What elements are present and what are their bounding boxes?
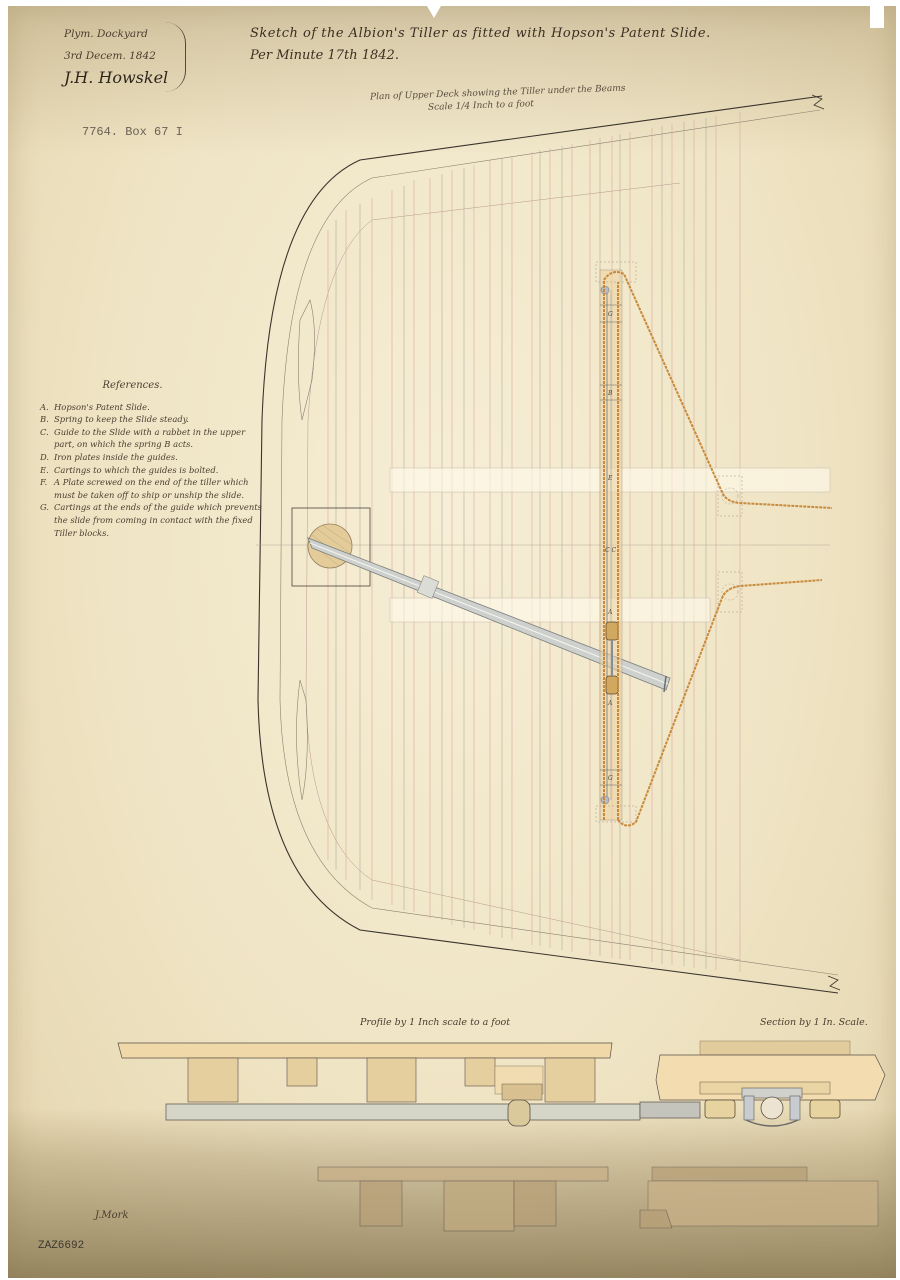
document-subtitle: Per Minute 17th 1842. <box>250 48 399 63</box>
archive-reference: 7764. Box 67 I <box>82 125 183 139</box>
deck-plank-greylines <box>336 118 706 969</box>
profile-caption: Profile by 1 Inch scale to a foot <box>360 1017 510 1028</box>
section-caption: Section by 1 In. Scale. <box>760 1017 868 1028</box>
references-heading: References. <box>40 380 265 393</box>
tiller-rope <box>604 272 832 826</box>
plan-drawing: G B E C C A A G <box>0 0 900 1280</box>
reference-item: D.Iron plates inside the guides. <box>40 451 265 464</box>
reference-item: F.A Plate screwed on the end of the till… <box>40 476 265 501</box>
reference-item: B.Spring to keep the Slide steady. <box>40 413 265 426</box>
svg-text:E: E <box>607 475 613 482</box>
lower-profile <box>318 1167 878 1231</box>
document-title: Sketch of the Albion's Tiller as fitted … <box>250 26 711 41</box>
rope-sheave-boxes <box>718 476 742 612</box>
profile-view <box>118 1043 700 1126</box>
svg-text:G: G <box>608 775 613 782</box>
reference-item: C.Guide to the Slide with a rabbet in th… <box>40 426 265 451</box>
references-legend: References. A.Hopson's Patent Slide. B.S… <box>40 380 265 539</box>
bottom-signature: J.Mork <box>95 1210 129 1221</box>
reference-item: G.Cartings at the ends of the guide whic… <box>40 501 265 539</box>
dockyard-location: Plym. Dockyard <box>64 28 148 40</box>
deck-planks <box>328 112 740 972</box>
reference-item: A.Hopson's Patent Slide. <box>40 401 265 414</box>
date: 3rd Decem. 1842 <box>64 50 156 62</box>
svg-text:A: A <box>607 700 613 707</box>
svg-text:A: A <box>607 609 613 616</box>
reference-item: E.Cartings to which the guides is bolted… <box>40 464 265 477</box>
catalogue-number: ZAZ6692 <box>38 1240 84 1252</box>
svg-text:B: B <box>607 390 613 397</box>
svg-text:C C: C C <box>605 547 616 554</box>
signature: J.H. Howskel <box>64 68 168 87</box>
svg-text:G: G <box>608 311 613 318</box>
